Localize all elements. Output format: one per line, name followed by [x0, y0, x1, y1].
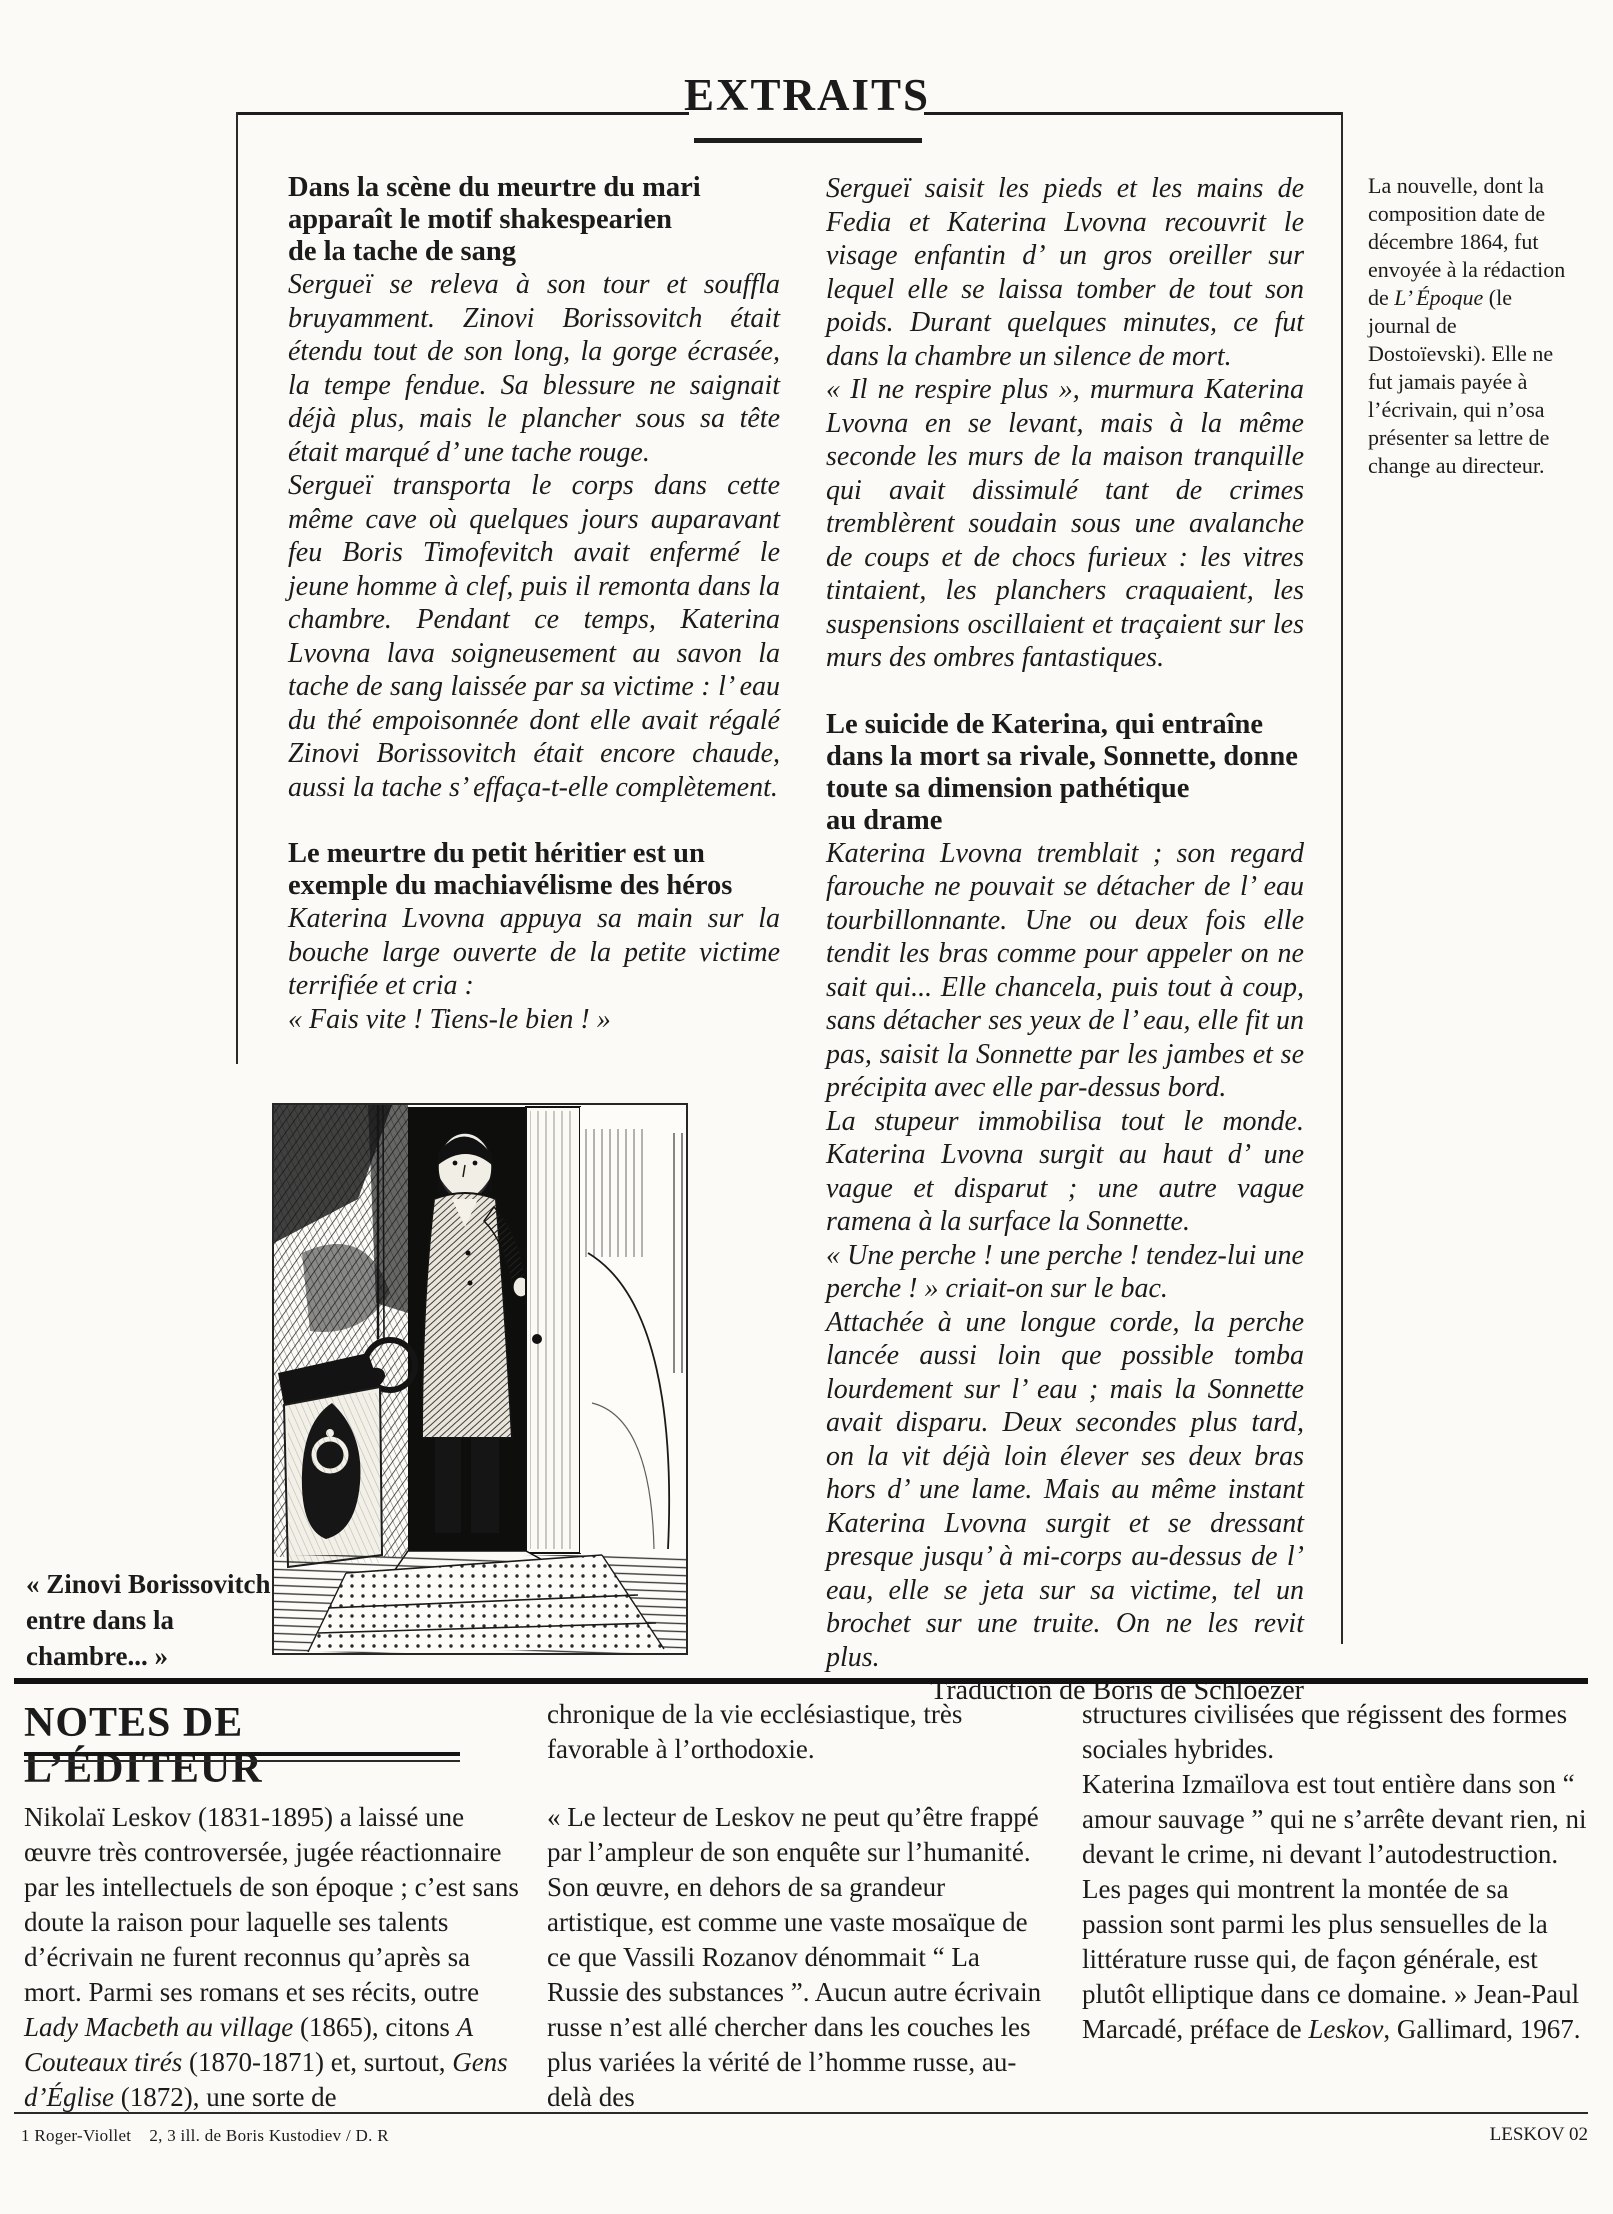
excerpt-heading-murder-husband: Dans la scène du meurtre du mariapparaît…	[288, 172, 780, 268]
notes-paragraph: chronique de la vie ecclésiastique, très…	[547, 1697, 1047, 1767]
footer-page-ref: LESKOV 02	[1380, 2124, 1588, 2146]
footer-credit-illustration: 2, 3 ill. de Boris Kustodiev / D. R	[149, 2126, 389, 2145]
margin-note: La nouvelle, dont la composition date de…	[1368, 172, 1566, 480]
excerpt-paragraph: Sergueï saisit les pieds et les mains de…	[826, 172, 1304, 373]
illustration-caption: « Zinovi Borissovitchentre dans lachambr…	[26, 1566, 276, 1674]
excerpt-paragraph: Katerina Lvovna tremblait ; son regard f…	[826, 837, 1304, 1105]
notes-paragraph: structures civilisées que régissent des …	[1082, 1697, 1588, 2047]
footer-credits: 1 Roger-Viollet2, 3 ill. de Boris Kustod…	[21, 2126, 921, 2146]
excerpt-column-2: Sergueï saisit les pieds et les mains de…	[826, 172, 1304, 1708]
excerpt-column-1: Dans la scène du meurtre du mariapparaît…	[288, 172, 780, 1036]
excerpt-heading-murder-heir: Le meurtre du petit héritier est unexemp…	[288, 838, 780, 902]
excerpt-paragraph: Sergueï se releva à son tour et souffla …	[288, 268, 780, 469]
notes-column-b-top: chronique de la vie ecclésiastique, très…	[547, 1697, 1047, 1767]
excerpt-heading-suicide: Le suicide de Katerina, qui entraînedans…	[826, 709, 1304, 837]
section-title-extraits: EXTRAITS	[662, 73, 952, 118]
section-divider-rule	[14, 1678, 1588, 1684]
excerpt-paragraph: Attachée à une longue corde, la perche l…	[826, 1306, 1304, 1675]
trunk-chest	[278, 1353, 382, 1567]
notes-title-underline-thick	[24, 1752, 460, 1756]
notes-column-a: Nikolaï Leskov (1831-1895) a laissé une …	[24, 1800, 532, 2115]
notes-paragraph: Nikolaï Leskov (1831-1895) a laissé une …	[24, 1800, 532, 2115]
footer-rule	[14, 2112, 1588, 2114]
excerpt-paragraph: « Fais vite ! Tiens-le bien ! »	[288, 1003, 780, 1037]
footer-credit-photo: 1 Roger-Viollet	[21, 2126, 131, 2145]
excerpt-box-left-border	[236, 112, 238, 1064]
excerpt-paragraph: La stupeur immobilisa tout le monde. Kat…	[826, 1105, 1304, 1239]
excerpt-paragraph: « Il ne respire plus », murmura Katerina…	[826, 373, 1304, 675]
excerpt-paragraph: Sergueï transporta le corps dans cette m…	[288, 469, 780, 804]
magazine-page: { "extraits": { "section_title": "EXTRAI…	[0, 0, 1613, 2214]
notes-section-title: NOTES DE L’ÉDITEUR	[24, 1700, 460, 1792]
top-rule-right	[924, 112, 1342, 115]
excerpt-paragraph: « Une perche ! une perche ! tendez-lui u…	[826, 1239, 1304, 1306]
excerpt-paragraph: Katerina Lvovna appuya sa main sur la bo…	[288, 902, 780, 1003]
open-door	[526, 1107, 686, 1553]
notes-column-c: structures civilisées que régissent des …	[1082, 1697, 1588, 2047]
notes-title-underline-thin	[24, 1760, 460, 1762]
notes-paragraph: « Le lecteur de Leskov ne peut qu’être f…	[547, 1800, 1047, 2115]
notes-column-b: « Le lecteur de Leskov ne peut qu’être f…	[547, 1800, 1047, 2115]
floor	[274, 1551, 686, 1653]
section-title-underline	[694, 138, 922, 143]
doorway-engraving-illustration	[272, 1103, 688, 1655]
column-divider	[1341, 112, 1343, 1644]
top-rule-left	[237, 112, 689, 115]
